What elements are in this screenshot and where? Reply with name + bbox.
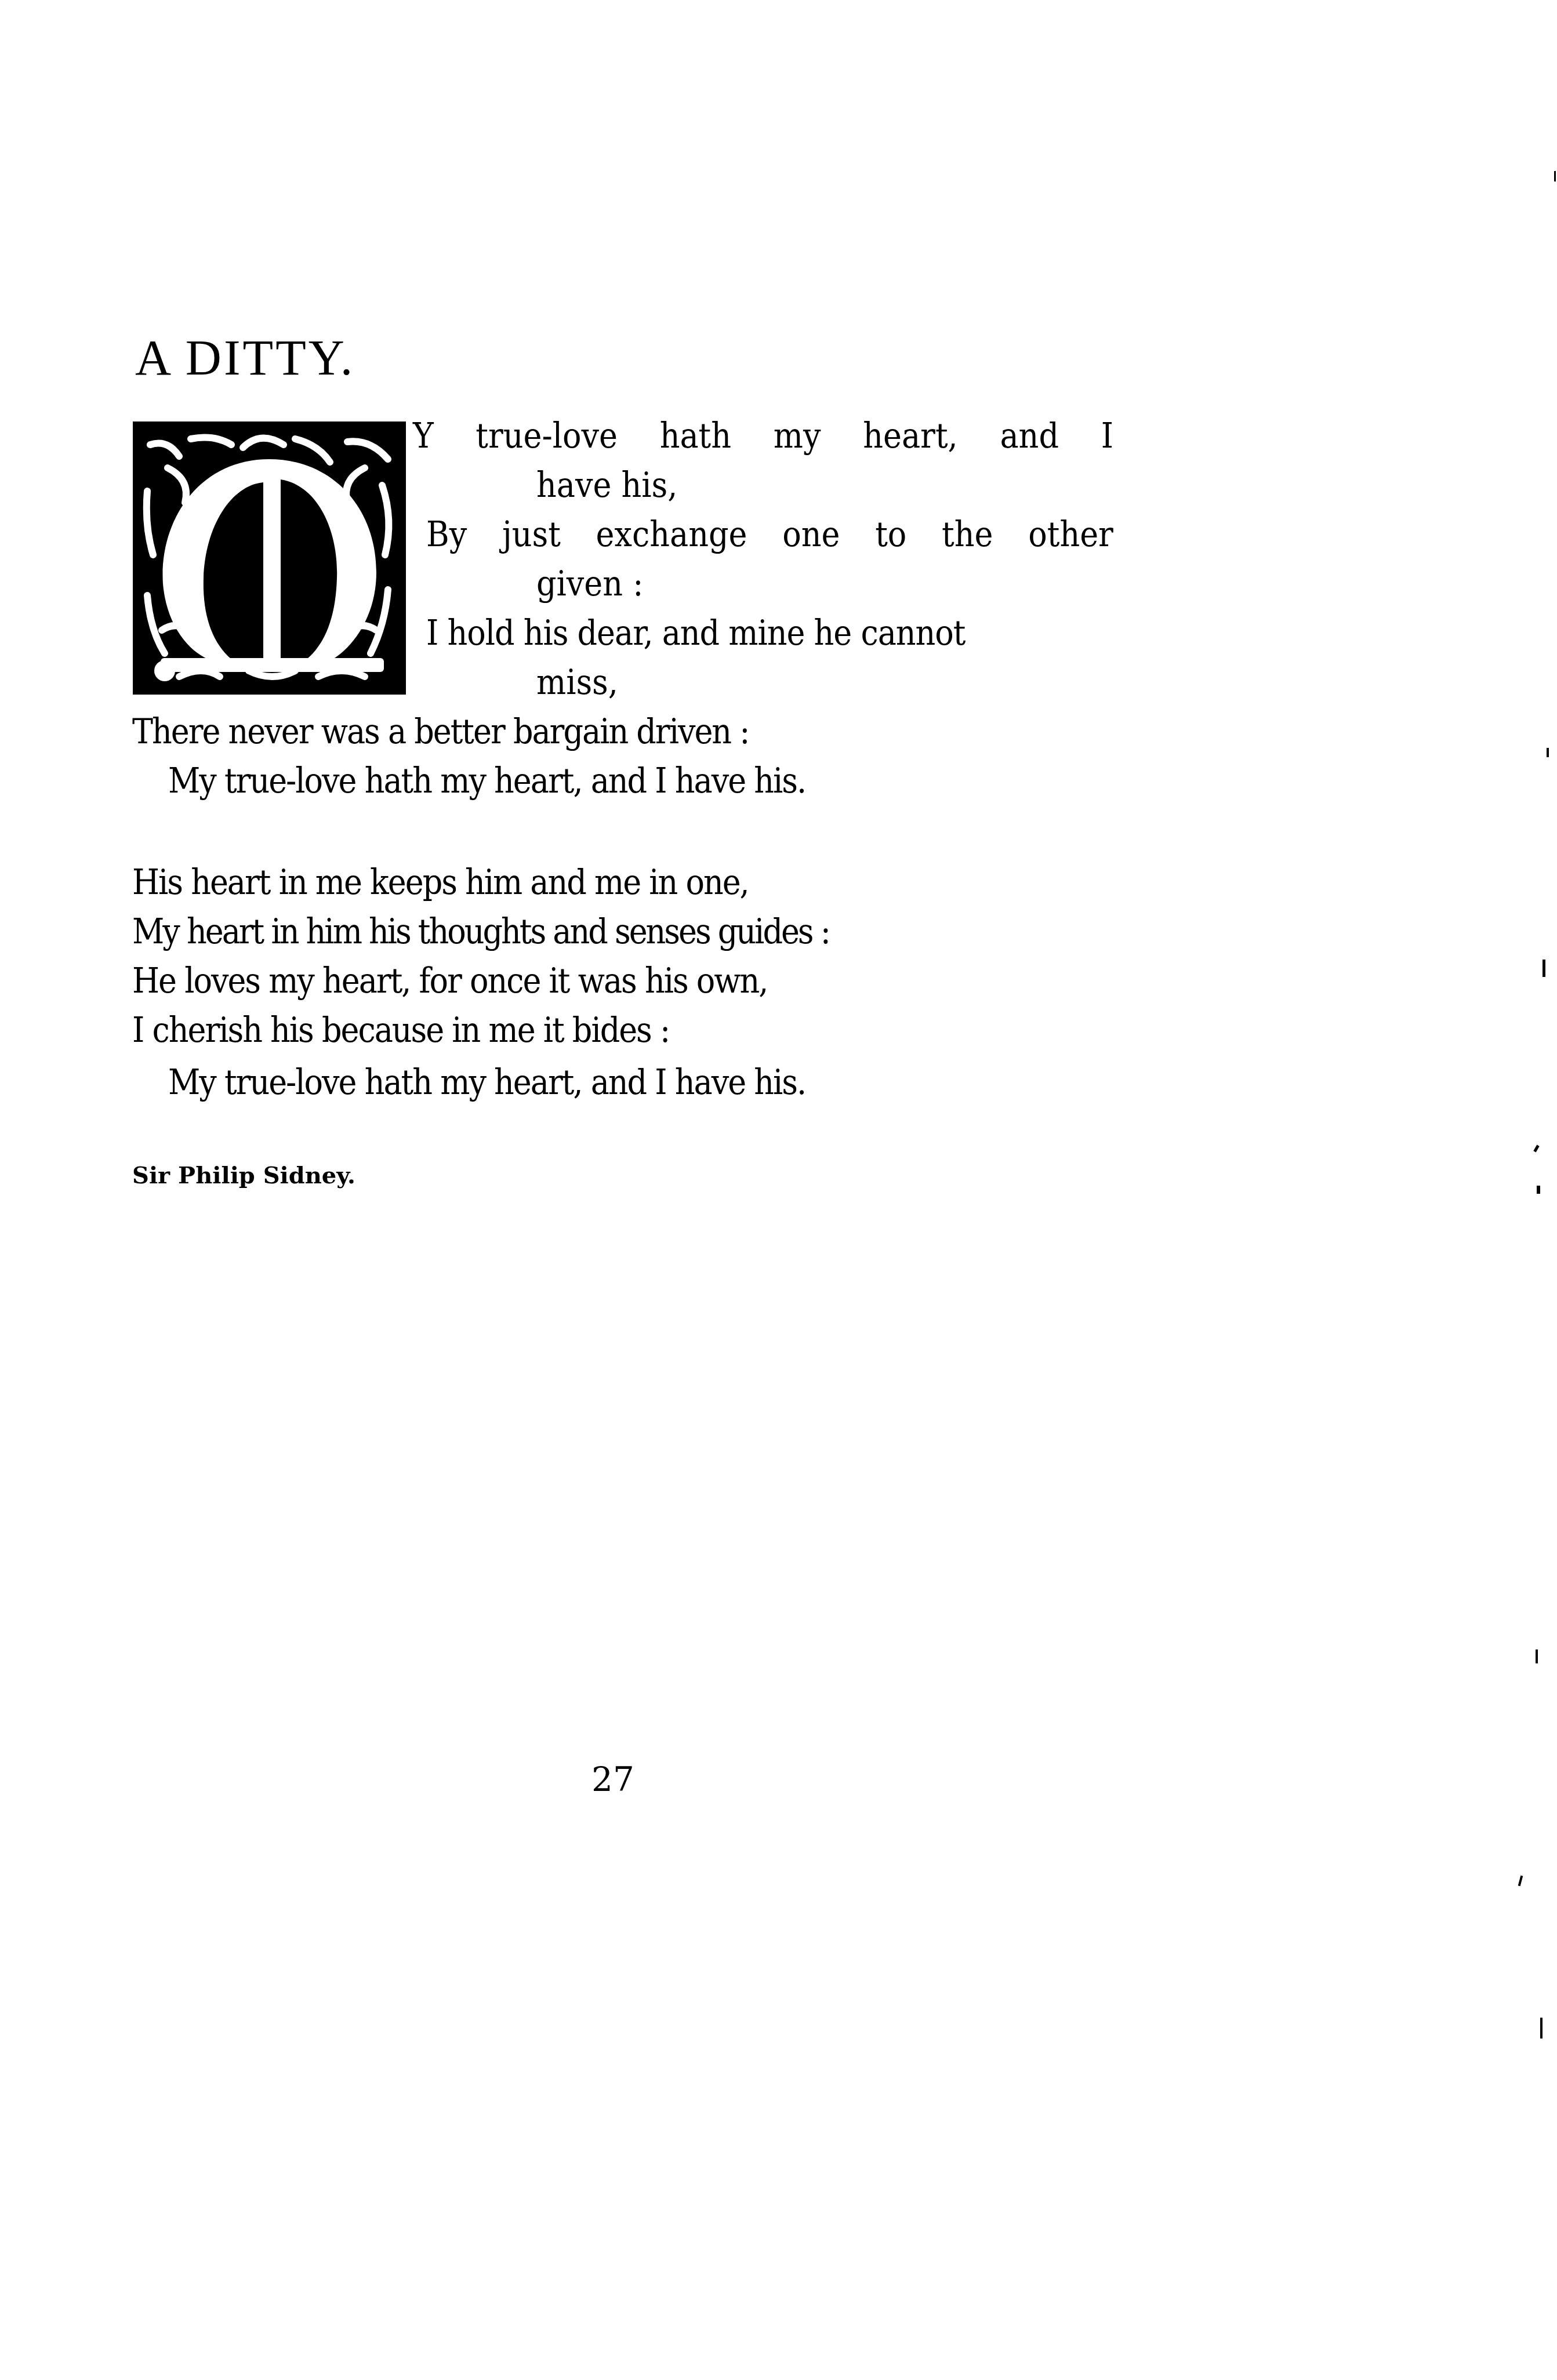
poem-line: He loves my heart, for once it was his o… — [132, 964, 767, 998]
scan-artifact — [1536, 1649, 1538, 1663]
poem-line: His heart in me keeps him and me in one, — [132, 865, 749, 900]
poem-line: have his, — [536, 468, 677, 503]
poem-line: I hold his dear, and mine he cannot — [426, 616, 966, 651]
scan-artifact — [1537, 1186, 1540, 1194]
scan-artifact — [1543, 960, 1545, 977]
poem-title: A DITTY. — [135, 333, 355, 383]
poem-line: My heart in him his thoughts and senses … — [132, 914, 829, 949]
poem-author: Sir Philip Sidney. — [132, 1164, 355, 1187]
scan-artifact — [1547, 748, 1549, 757]
scan-artifact — [1518, 1876, 1523, 1886]
poem-line: given : — [536, 566, 643, 601]
scan-artifact — [1554, 171, 1556, 181]
poem-line: miss, — [536, 665, 618, 700]
poem-refrain: My true-love hath my heart, and I have h… — [168, 764, 805, 798]
poem-line: I cherish his because in me it bides : — [132, 1013, 669, 1048]
page-number: 27 — [591, 1763, 634, 1796]
poem-line: There never was a better bargain driven … — [132, 714, 749, 749]
poem-line: By just exchange one to the other — [426, 517, 1113, 552]
poem-line: Y true-love hath my heart, and I — [413, 419, 1113, 453]
decorated-drop-cap-m-icon — [133, 422, 406, 695]
book-page: A DITTY. — [0, 0, 1557, 2380]
scan-artifact — [1533, 1145, 1539, 1153]
scan-artifact — [1540, 2018, 1543, 2039]
poem-refrain: My true-love hath my heart, and I have h… — [168, 1065, 805, 1100]
